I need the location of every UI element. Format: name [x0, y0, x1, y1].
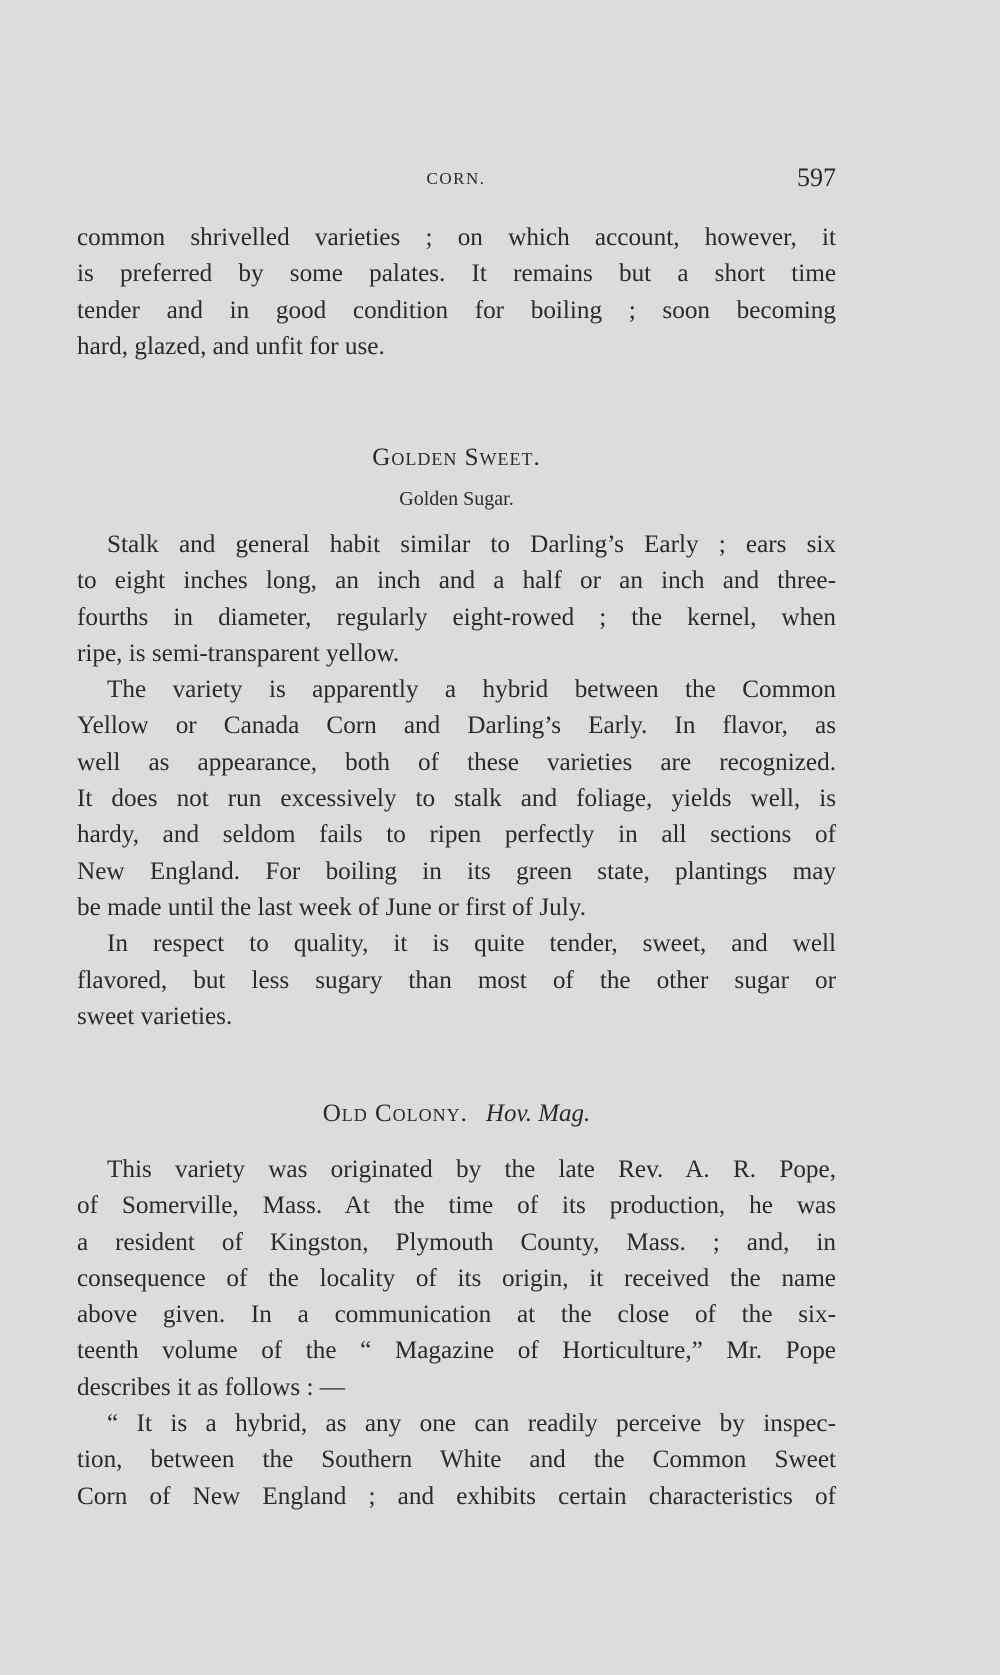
old-colony-description: This variety was originated by the late …: [77, 1152, 836, 1515]
text-line: tion, between the Southern White and the…: [77, 1442, 836, 1478]
text-line: of Somerville, Mass. At the time of its …: [77, 1188, 836, 1224]
text-line: is preferred by some palates. It remains…: [77, 256, 836, 292]
book-page: CORN. 597 common shrivelled varieties ; …: [0, 0, 1000, 1675]
text-line: hard, glazed, and unfit for use.: [77, 329, 836, 365]
text-line: ripe, is semi-transparent yellow.: [77, 636, 836, 672]
text-line: sweet varieties.: [77, 999, 836, 1035]
running-header: CORN. 597: [76, 165, 836, 195]
running-title: CORN.: [76, 169, 836, 189]
text-line: a resident of Kingston, Plymouth County,…: [77, 1225, 836, 1261]
text-line: well as appearance, both of these variet…: [77, 745, 836, 781]
text-line: New England. For boiling in its green st…: [77, 854, 836, 890]
section-heading-golden-sweet: Golden Sweet.: [77, 444, 836, 472]
text-line: tender and in good condition for boiling…: [77, 293, 836, 329]
text-line: describes it as follows : —: [77, 1370, 836, 1406]
page-number: 597: [797, 163, 836, 193]
text-line: “ It is a hybrid, as any one can readily…: [77, 1406, 836, 1442]
section-title-old-colony: Old Colony.: [323, 1100, 468, 1127]
text-line: flavored, but less sugary than most of t…: [77, 963, 836, 999]
section-synonym-golden-sugar: Golden Sugar.: [77, 488, 836, 511]
text-line: This variety was originated by the late …: [77, 1152, 836, 1188]
text-line: hardy, and seldom fails to ripen perfect…: [77, 817, 836, 853]
text-line: Yellow or Canada Corn and Darling’s Earl…: [77, 708, 836, 744]
text-line: above given. In a communication at the c…: [77, 1297, 836, 1333]
text-line: The variety is apparently a hybrid betwe…: [77, 672, 836, 708]
text-line: fourths in diameter, regularly eight-row…: [77, 600, 836, 636]
reference-citation: Hov. Mag.: [486, 1100, 590, 1127]
text-line: to eight inches long, an inch and a half…: [77, 563, 836, 599]
text-line: teenth volume of the “ Magazine of Horti…: [77, 1333, 836, 1369]
section-heading-old-colony: Old Colony.Hov. Mag.: [77, 1100, 836, 1128]
text-line: Stalk and general habit similar to Darli…: [77, 527, 836, 563]
intro-paragraph: common shrivelled varieties ; on which a…: [77, 220, 836, 365]
text-line: common shrivelled varieties ; on which a…: [77, 220, 836, 256]
text-line: It does not run excessively to stalk and…: [77, 781, 836, 817]
text-line: Corn of New England ; and exhibits certa…: [77, 1479, 836, 1515]
text-line: be made until the last week of June or f…: [77, 890, 836, 926]
golden-sweet-description: Stalk and general habit similar to Darli…: [77, 527, 836, 1035]
text-line: In respect to quality, it is quite tende…: [77, 926, 836, 962]
text-line: consequence of the locality of its origi…: [77, 1261, 836, 1297]
